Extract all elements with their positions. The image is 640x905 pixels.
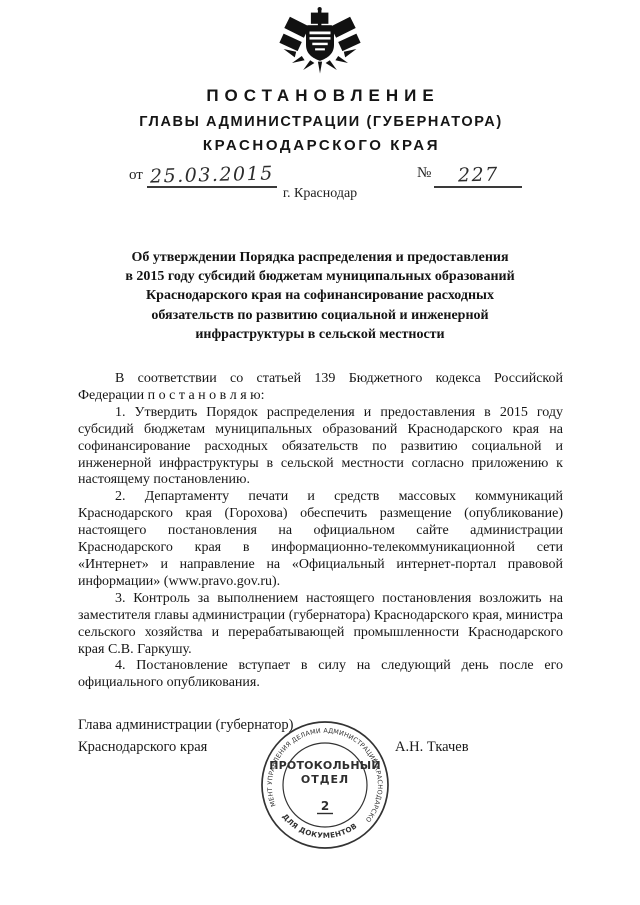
stamp-center-line-1: ПРОТОКОЛЬНЫЙ [269,759,381,772]
decree-subject: Об утверждении Порядка распределения и п… [0,248,640,344]
stamp-center-line-2: ОТДЕЛ [301,773,349,786]
city-line: г. Краснодар [0,186,640,202]
number-field: 227 [434,163,522,188]
subject-line: Краснодарского края на софинансирование … [0,286,640,305]
scanned-decree-page: ПОСТАНОВЛЕНИЕ ГЛАВЫ АДМИНИСТРАЦИИ (ГУБЕР… [0,0,640,905]
date-field: 25.03.2015 [147,163,277,188]
decree-body: В соответствии со статьей 139 Бюджетного… [78,371,563,692]
stamp-number: 2 [321,799,329,813]
doc-type-title: ПОСТАНОВЛЕНИЕ [0,86,640,106]
letterhead: ПОСТАНОВЛЕНИЕ ГЛАВЫ АДМИНИСТРАЦИИ (ГУБЕР… [0,86,640,154]
issuer-line-2: КРАСНОДАРСКОГО КРАЯ [0,137,640,154]
body-paragraph: 1. Утвердить Порядок распределения и пре… [78,405,563,490]
protocol-department-stamp: ДЕПАРТАМЕНТ УПРАВЛЕНИЯ ДЕЛАМИ АДМИНИСТРА… [251,711,399,859]
body-paragraph: 3. Контроль за выполнением настоящего по… [78,591,563,659]
subject-line: обязательств по развитию социальной и ин… [0,306,640,325]
number-label: № [417,165,431,182]
subject-line: Об утверждении Порядка распределения и п… [0,248,640,267]
body-paragraph: 4. Постановление вступает в силу на след… [78,658,563,692]
subject-line: инфраструктуры в сельской местности [0,325,640,344]
body-paragraph: 2. Департаменту печати и средств массовы… [78,489,563,590]
body-paragraph: В соответствии со статьей 139 Бюджетного… [78,371,563,405]
issuer-line-1: ГЛАВЫ АДМИНИСТРАЦИИ (ГУБЕРНАТОРА) [0,114,640,130]
date-label: от [129,167,143,184]
handwritten-number: 227 [457,163,498,186]
coat-of-arms-icon [278,7,362,77]
handwritten-date: 25.03.2015 [150,162,274,187]
subject-line: в 2015 году субсидий бюджетам муниципаль… [0,267,640,286]
signer-name: А.Н. Ткачев [395,736,469,758]
